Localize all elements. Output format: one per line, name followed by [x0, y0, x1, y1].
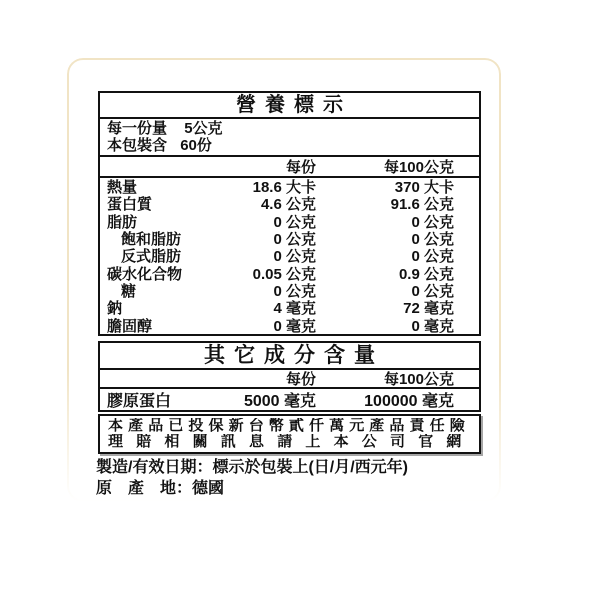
serving-size-value: 5公克: [184, 120, 222, 137]
insurance-line-1: 本產品已投保新台幣貳仟萬元產品責任險: [108, 418, 471, 434]
package-servings-row: 本包裝含 60份: [107, 137, 479, 154]
ingredient-per-serving: 5000 毫克: [216, 388, 316, 411]
nutrient-per-100g: 0 毫克: [316, 315, 454, 336]
serving-info-cell: 每一份量 5公克 本包裝含 60份: [100, 119, 479, 157]
package-servings-value: 60份: [180, 137, 212, 154]
row-cholesterol: 膽固醇 0 毫克 0 毫克: [100, 316, 479, 333]
ingredient-name: 膠原蛋白: [107, 388, 216, 411]
ingredient-per-100g: 100000 毫克: [316, 388, 454, 411]
nutrition-title: 營養標示: [100, 93, 479, 119]
manufacture-date-line: 製造/有效日期：標示於包裝上(日/月/西元年): [96, 457, 496, 478]
footer-info: 製造/有效日期：標示於包裝上(日/月/西元年) 原 產 地：德國: [96, 457, 496, 499]
insurance-notice-box: 本產品已投保新台幣貳仟萬元產品責任險 理賠相關訊息請上本公司官網: [98, 414, 481, 454]
insurance-line-2: 理賠相關訊息請上本公司官網: [108, 434, 471, 450]
per-serving-header: 每份: [216, 156, 316, 177]
nutrient-per-serving: 0 毫克: [216, 315, 316, 336]
per-100g-header: 每100公克: [316, 156, 454, 177]
origin-line: 原 產 地：德國: [96, 478, 496, 499]
other-ingredients-title: 其它成分含量: [100, 343, 479, 370]
nutrition-column-headers: 每份 每100公克: [100, 157, 479, 178]
per-serving-header: 每份: [216, 368, 316, 389]
per-100g-header: 每100公克: [316, 368, 454, 389]
serving-size-label: 每一份量: [107, 120, 167, 137]
nutrient-name: 膽固醇: [107, 315, 216, 336]
other-ingredients-column-headers: 每份 每100公克: [100, 370, 479, 389]
product-label-sheet: 營養標示 每一份量 5公克 本包裝含 60份 每份 每100公克 熱量 18.6…: [0, 0, 600, 600]
nutrition-table: 營養標示 每一份量 5公克 本包裝含 60份 每份 每100公克 熱量 18.6…: [98, 91, 481, 336]
other-ingredients-table: 其它成分含量 每份 每100公克 膠原蛋白 5000 毫克 100000 毫克: [98, 341, 481, 412]
row-collagen: 膠原蛋白 5000 毫克 100000 毫克: [100, 389, 479, 410]
package-servings-label: 本包裝含: [107, 137, 167, 154]
serving-size-row: 每一份量 5公克: [107, 120, 479, 137]
